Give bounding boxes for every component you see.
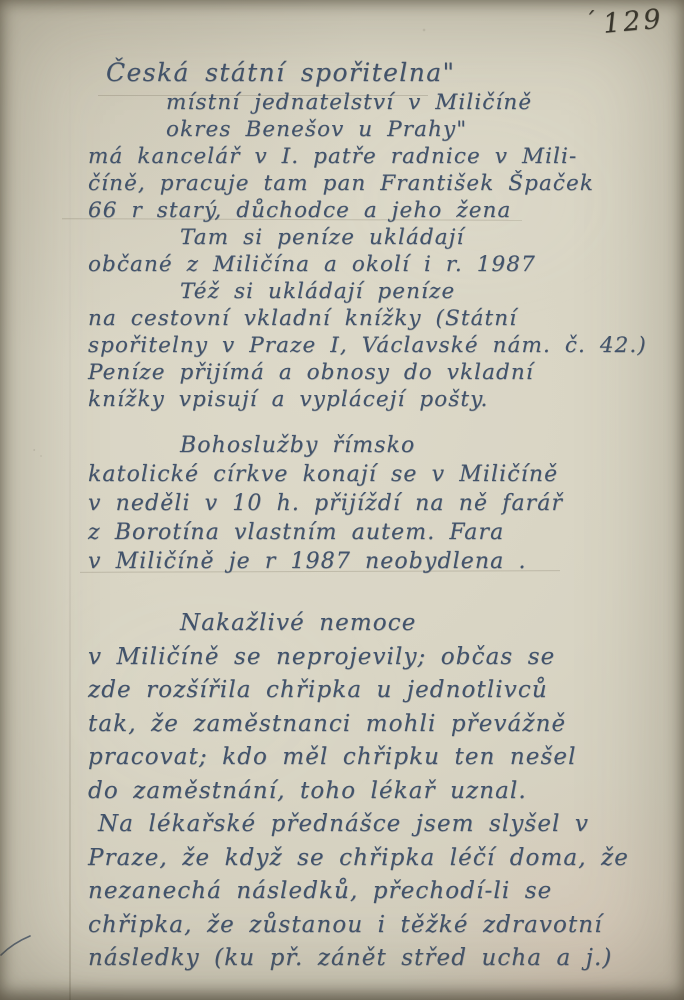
handwriting-line: číně, pracuje tam pan František Špaček [88, 170, 616, 197]
paragraph-sporitelna: Česká státní spořitelna"místní jednatels… [88, 56, 616, 413]
handwriting-line: Nakažlivé nemoce [180, 607, 616, 641]
handwriting-line: Též si ukládají peníze [180, 278, 616, 305]
handwriting-line: z Borotína vlastním autem. Fara [88, 518, 616, 547]
handwriting-line: chřipka, že zůstanou i těžké zdravotní [88, 909, 616, 943]
handwriting-line: v neděli v 10 h. přijíždí na ně farář [88, 489, 616, 518]
handwriting-line: Česká státní spořitelna" [106, 56, 616, 89]
handwriting-line: Peníze přijímá a obnosy do vkladní [88, 359, 616, 386]
manuscript-photo: ˊ129 Česká státní spořitelna"místní jedn… [0, 0, 684, 1000]
handwriting-line: nezanechá následků, přechodí-li se [88, 875, 616, 909]
handwriting-line: pracovat; kdo měl chřipku ten nešel [88, 741, 616, 775]
handwriting-line: do zaměstnání, toho lékař uznal. [88, 775, 616, 809]
handwriting-line: Tam si peníze ukládají [180, 224, 616, 251]
handwriting-line: na cestovní vkladní knížky (Státní [88, 305, 616, 332]
handwritten-text: Česká státní spořitelna"místní jednatels… [88, 56, 616, 976]
paragraph-bohosluzby: Bohoslužby římskokatolické církve konají… [88, 431, 616, 576]
handwriting-line: knížky vpisují a vyplácejí pošty. [88, 386, 616, 413]
handwriting-line: má kancelář v I. patře radnice v Mili- [88, 143, 616, 170]
page-number: ˊ129 [583, 3, 665, 42]
handwriting-line: Bohoslužby římsko [180, 431, 616, 460]
handwriting-line: občané z Miličína a okolí i r. 1987 [88, 251, 616, 278]
handwriting-line: Na lékařské přednášce jsem slyšel v [98, 808, 616, 842]
stray-ink-mark [0, 928, 34, 962]
paragraph-nemoce: Nakažlivé nemocev Miličíně se neprojevil… [88, 607, 616, 976]
handwriting-line: v Miličíně je r 1987 neobydlena . [88, 547, 616, 576]
handwriting-line: zde rozšířila chřipka u jednotlivců [88, 674, 616, 708]
handwriting-line: 66 r starý, důchodce a jeho žena [88, 197, 616, 224]
handwriting-line: okres Benešov u Prahy" [166, 116, 616, 143]
handwriting-line: v Miličíně se neprojevily; občas se [88, 641, 616, 675]
handwriting-line: spořitelny v Praze I, Václavské nám. č. … [88, 332, 616, 359]
ink-tick: ˊ [583, 9, 596, 35]
paper-crease [69, 0, 71, 1000]
handwriting-line: katolické církve konají se v Miličíně [88, 460, 616, 489]
handwriting-line: tak, že zaměstnanci mohli převážně [88, 708, 616, 742]
handwriting-line: následky (ku př. zánět střed ucha a j.) [88, 942, 616, 976]
handwriting-line: Praze, že když se chřipka léčí doma, že [88, 842, 616, 876]
page-number-value: 129 [602, 4, 665, 40]
handwriting-line: místní jednatelství v Miličíně [166, 89, 616, 116]
